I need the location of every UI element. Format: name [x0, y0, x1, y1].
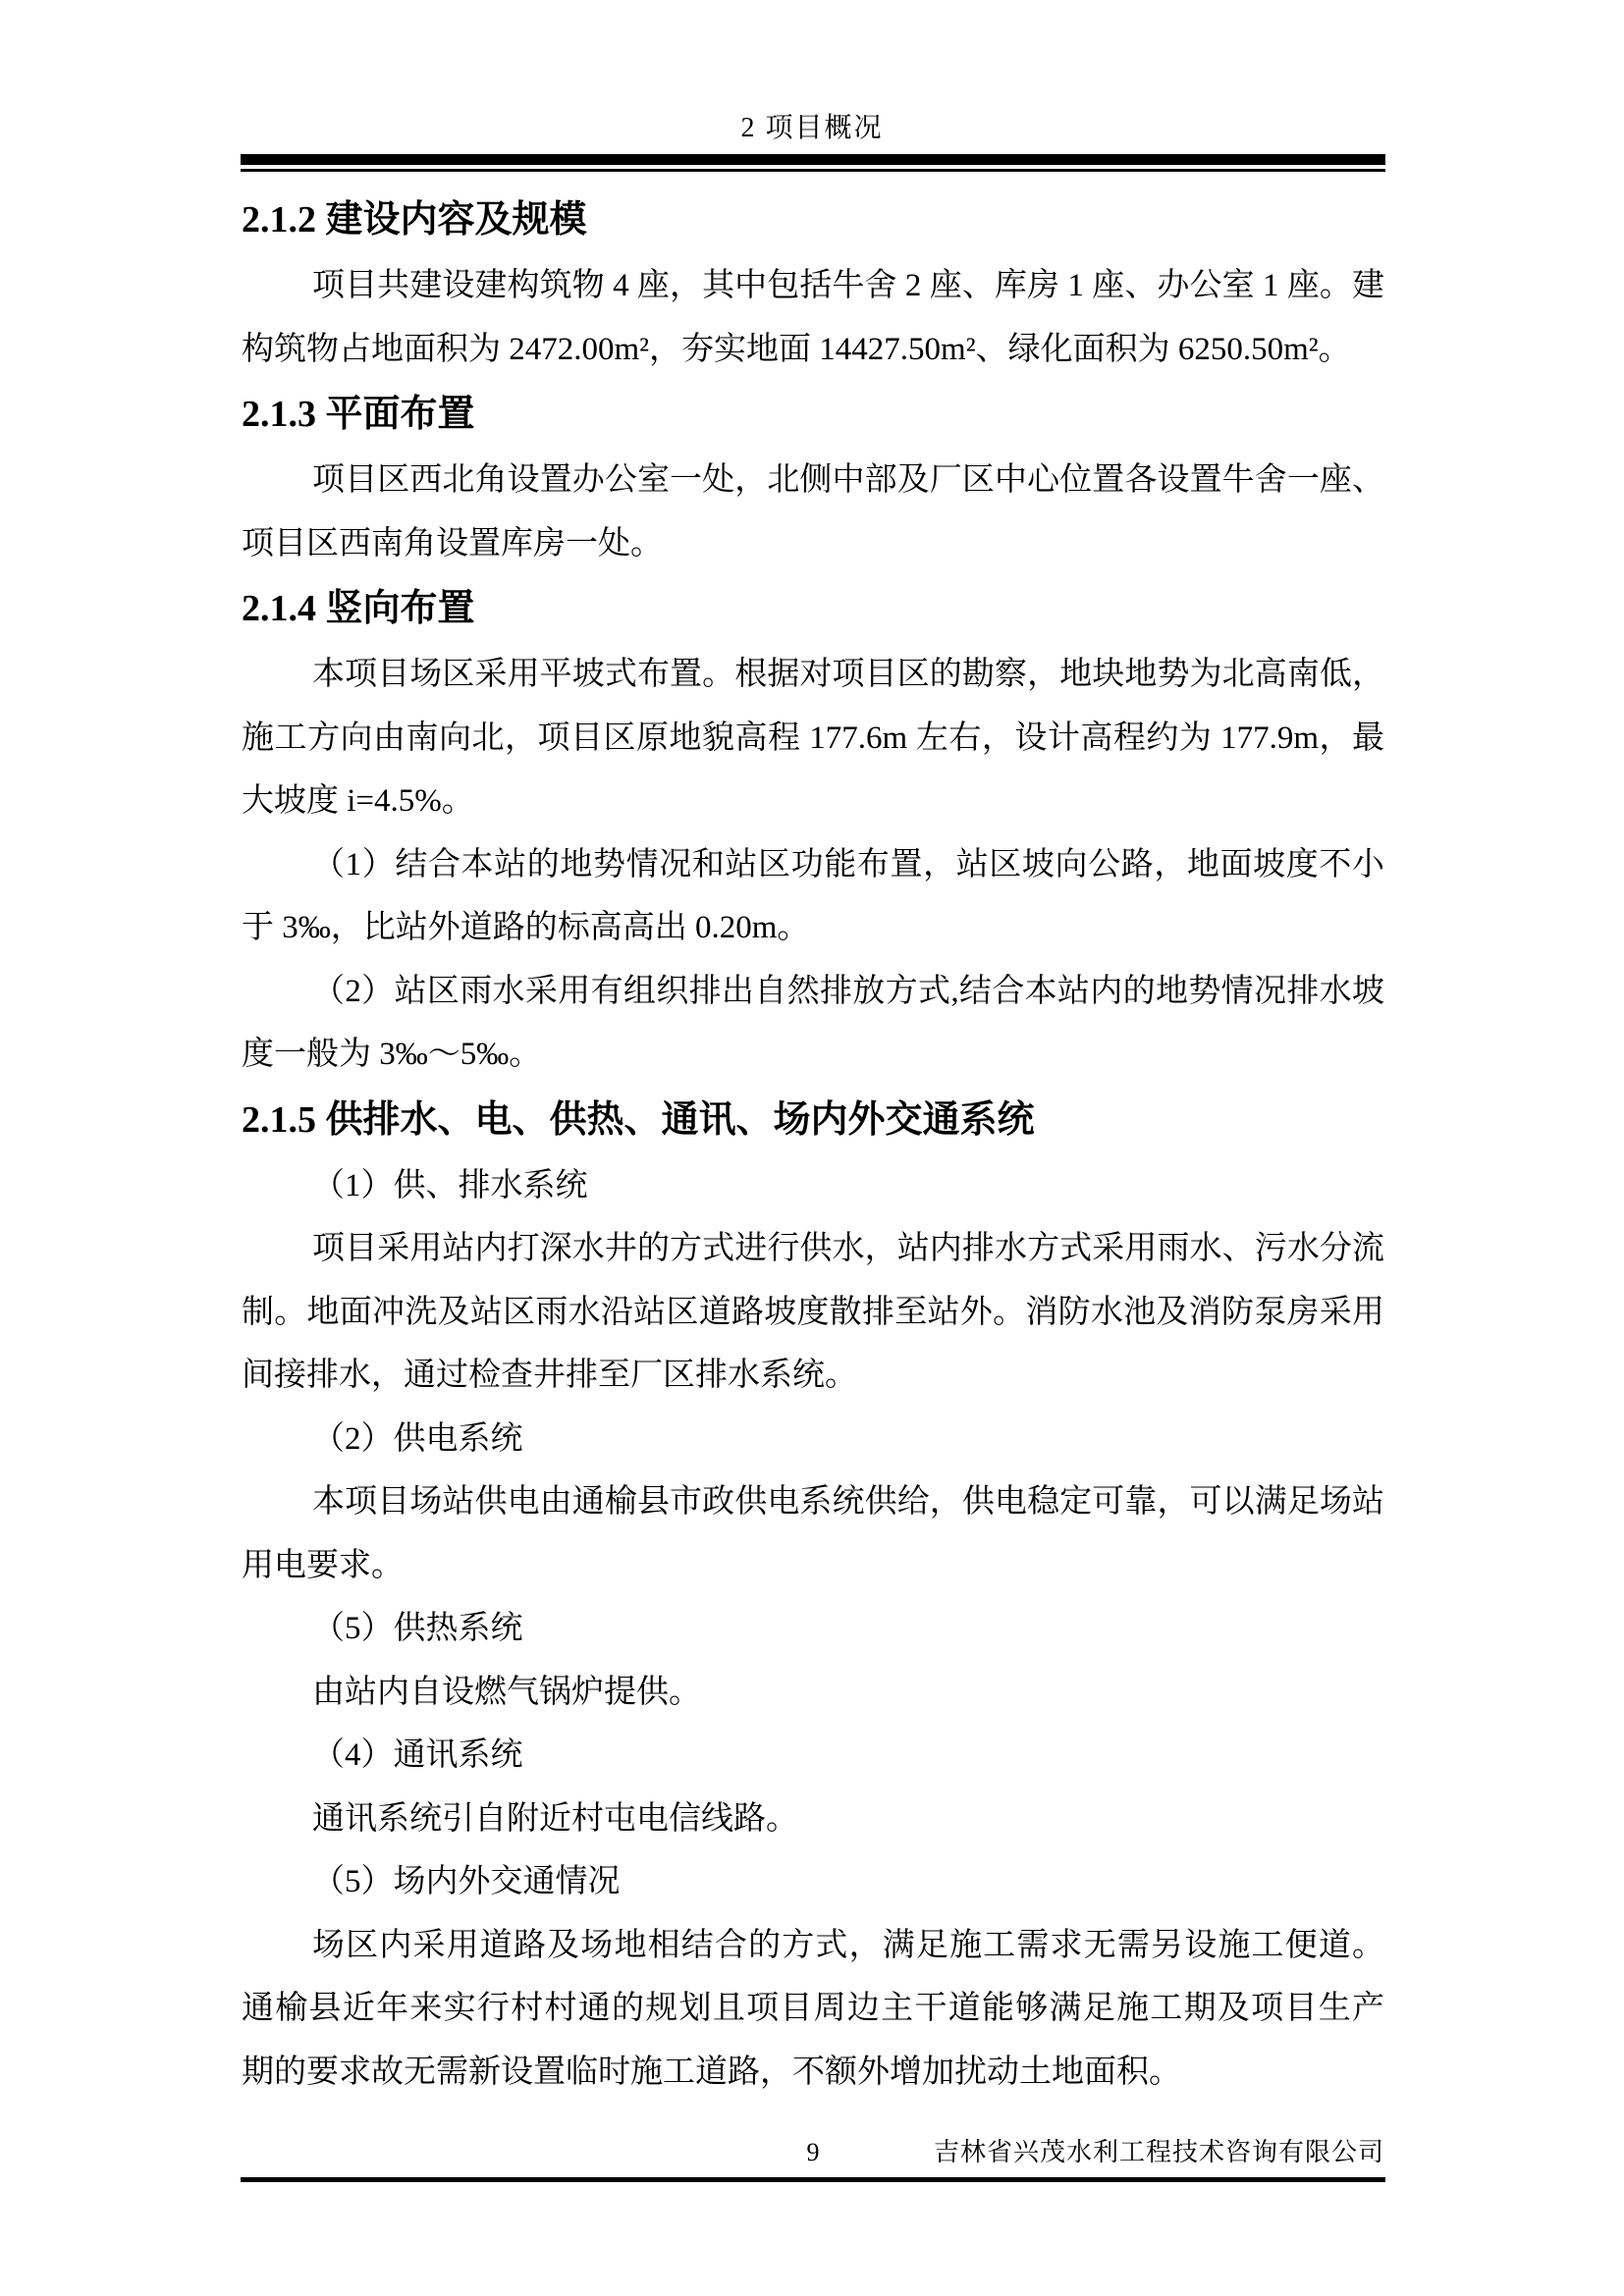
section-heading: 2.1.4 竖向布置: [242, 575, 1384, 643]
section-heading: 2.1.2 建设内容及规模: [242, 187, 1384, 254]
paragraph-line: 制。地面冲洗及站区雨水沿站区道路坡度散排至站外。消防水池及消防泵房采用: [242, 1281, 1384, 1345]
page-footer: 9 吉林省兴茂水利工程技术咨询有限公司: [242, 2136, 1384, 2169]
chapter-header-title: 2 项目概况: [0, 112, 1624, 145]
paragraph-line: 本项目场站供电由通榆县市政供电系统供给，供电稳定可靠，可以满足场站: [242, 1470, 1384, 1534]
header-rule-thick: [241, 154, 1385, 165]
paragraph-line: （5）场内外交通情况: [242, 1850, 1384, 1914]
document-page: 2 项目概况 2.1.2 建设内容及规模项目共建设建构筑物 4 座，其中包括牛舍…: [0, 0, 1624, 2296]
paragraph-line: 大坡度 i=4.5%。: [242, 770, 1384, 833]
section-heading: 2.1.5 供排水、电、供热、通讯、场内外交通系统: [242, 1087, 1384, 1154]
paragraph-line: 通讯系统引自附近村屯电信线路。: [242, 1788, 1384, 1851]
paragraph-line: 由站内自设燃气锅炉提供。: [242, 1661, 1384, 1725]
paragraph-line: 项目采用站内打深水井的方式进行供水，站内排水方式采用雨水、污水分流: [242, 1217, 1384, 1281]
document-body: 2.1.2 建设内容及规模项目共建设建构筑物 4 座，其中包括牛舍 2 座、库房…: [242, 187, 1384, 2104]
paragraph-line: 项目共建设建构筑物 4 座，其中包括牛舍 2 座、库房 1 座、办公室 1 座。…: [242, 254, 1384, 318]
paragraph-line: 度一般为 3‰～5‰。: [242, 1023, 1384, 1087]
paragraph-line: 间接排水，通过检查井排至厂区排水系统。: [242, 1344, 1384, 1408]
paragraph-line: 用电要求。: [242, 1534, 1384, 1598]
paragraph-line: 通榆县近年来实行村村通的规划且项目周边主干道能够满足施工期及项目生产: [242, 1977, 1384, 2041]
paragraph-line: （5）供热系统: [242, 1597, 1384, 1661]
paragraph-line: （2）站区雨水采用有组织排出自然排放方式,结合本站内的地势情况排水坡: [242, 960, 1384, 1024]
paragraph-line: 期的要求故无需新设置临时施工道路，不额外增加扰动土地面积。: [242, 2041, 1384, 2105]
paragraph-line: （2）供电系统: [242, 1408, 1384, 1471]
footer-rule: [241, 2177, 1385, 2182]
paragraph-line: 施工方向由南向北，项目区原地貌高程 177.6m 左右，设计高程约为 177.9…: [242, 707, 1384, 771]
paragraph-line: 项目区西北角设置办公室一处，北侧中部及厂区中心位置各设置牛舍一座、: [242, 449, 1384, 512]
paragraph-line: （1）结合本站的地势情况和站区功能布置，站区坡向公路，地面坡度不小: [242, 833, 1384, 897]
paragraph-line: 构筑物占地面积为 2472.00m²，夯实地面 14427.50m²、绿化面积为…: [242, 318, 1384, 382]
footer-company-name: 吉林省兴茂水利工程技术咨询有限公司: [934, 2136, 1384, 2169]
paragraph-line: （1）供、排水系统: [242, 1154, 1384, 1218]
header-rule-thin: [241, 169, 1385, 172]
paragraph-line: 于 3‰，比站外道路的标高高出 0.20m。: [242, 896, 1384, 960]
paragraph-line: 项目区西南角设置库房一处。: [242, 512, 1384, 576]
section-heading: 2.1.3 平面布置: [242, 381, 1384, 449]
paragraph-line: （4）通讯系统: [242, 1724, 1384, 1788]
paragraph-line: 本项目场区采用平坡式布置。根据对项目区的勘察，地块地势为北高南低，: [242, 643, 1384, 707]
paragraph-line: 场区内采用道路及场地相结合的方式，满足施工需求无需另设施工便道。: [242, 1914, 1384, 1978]
